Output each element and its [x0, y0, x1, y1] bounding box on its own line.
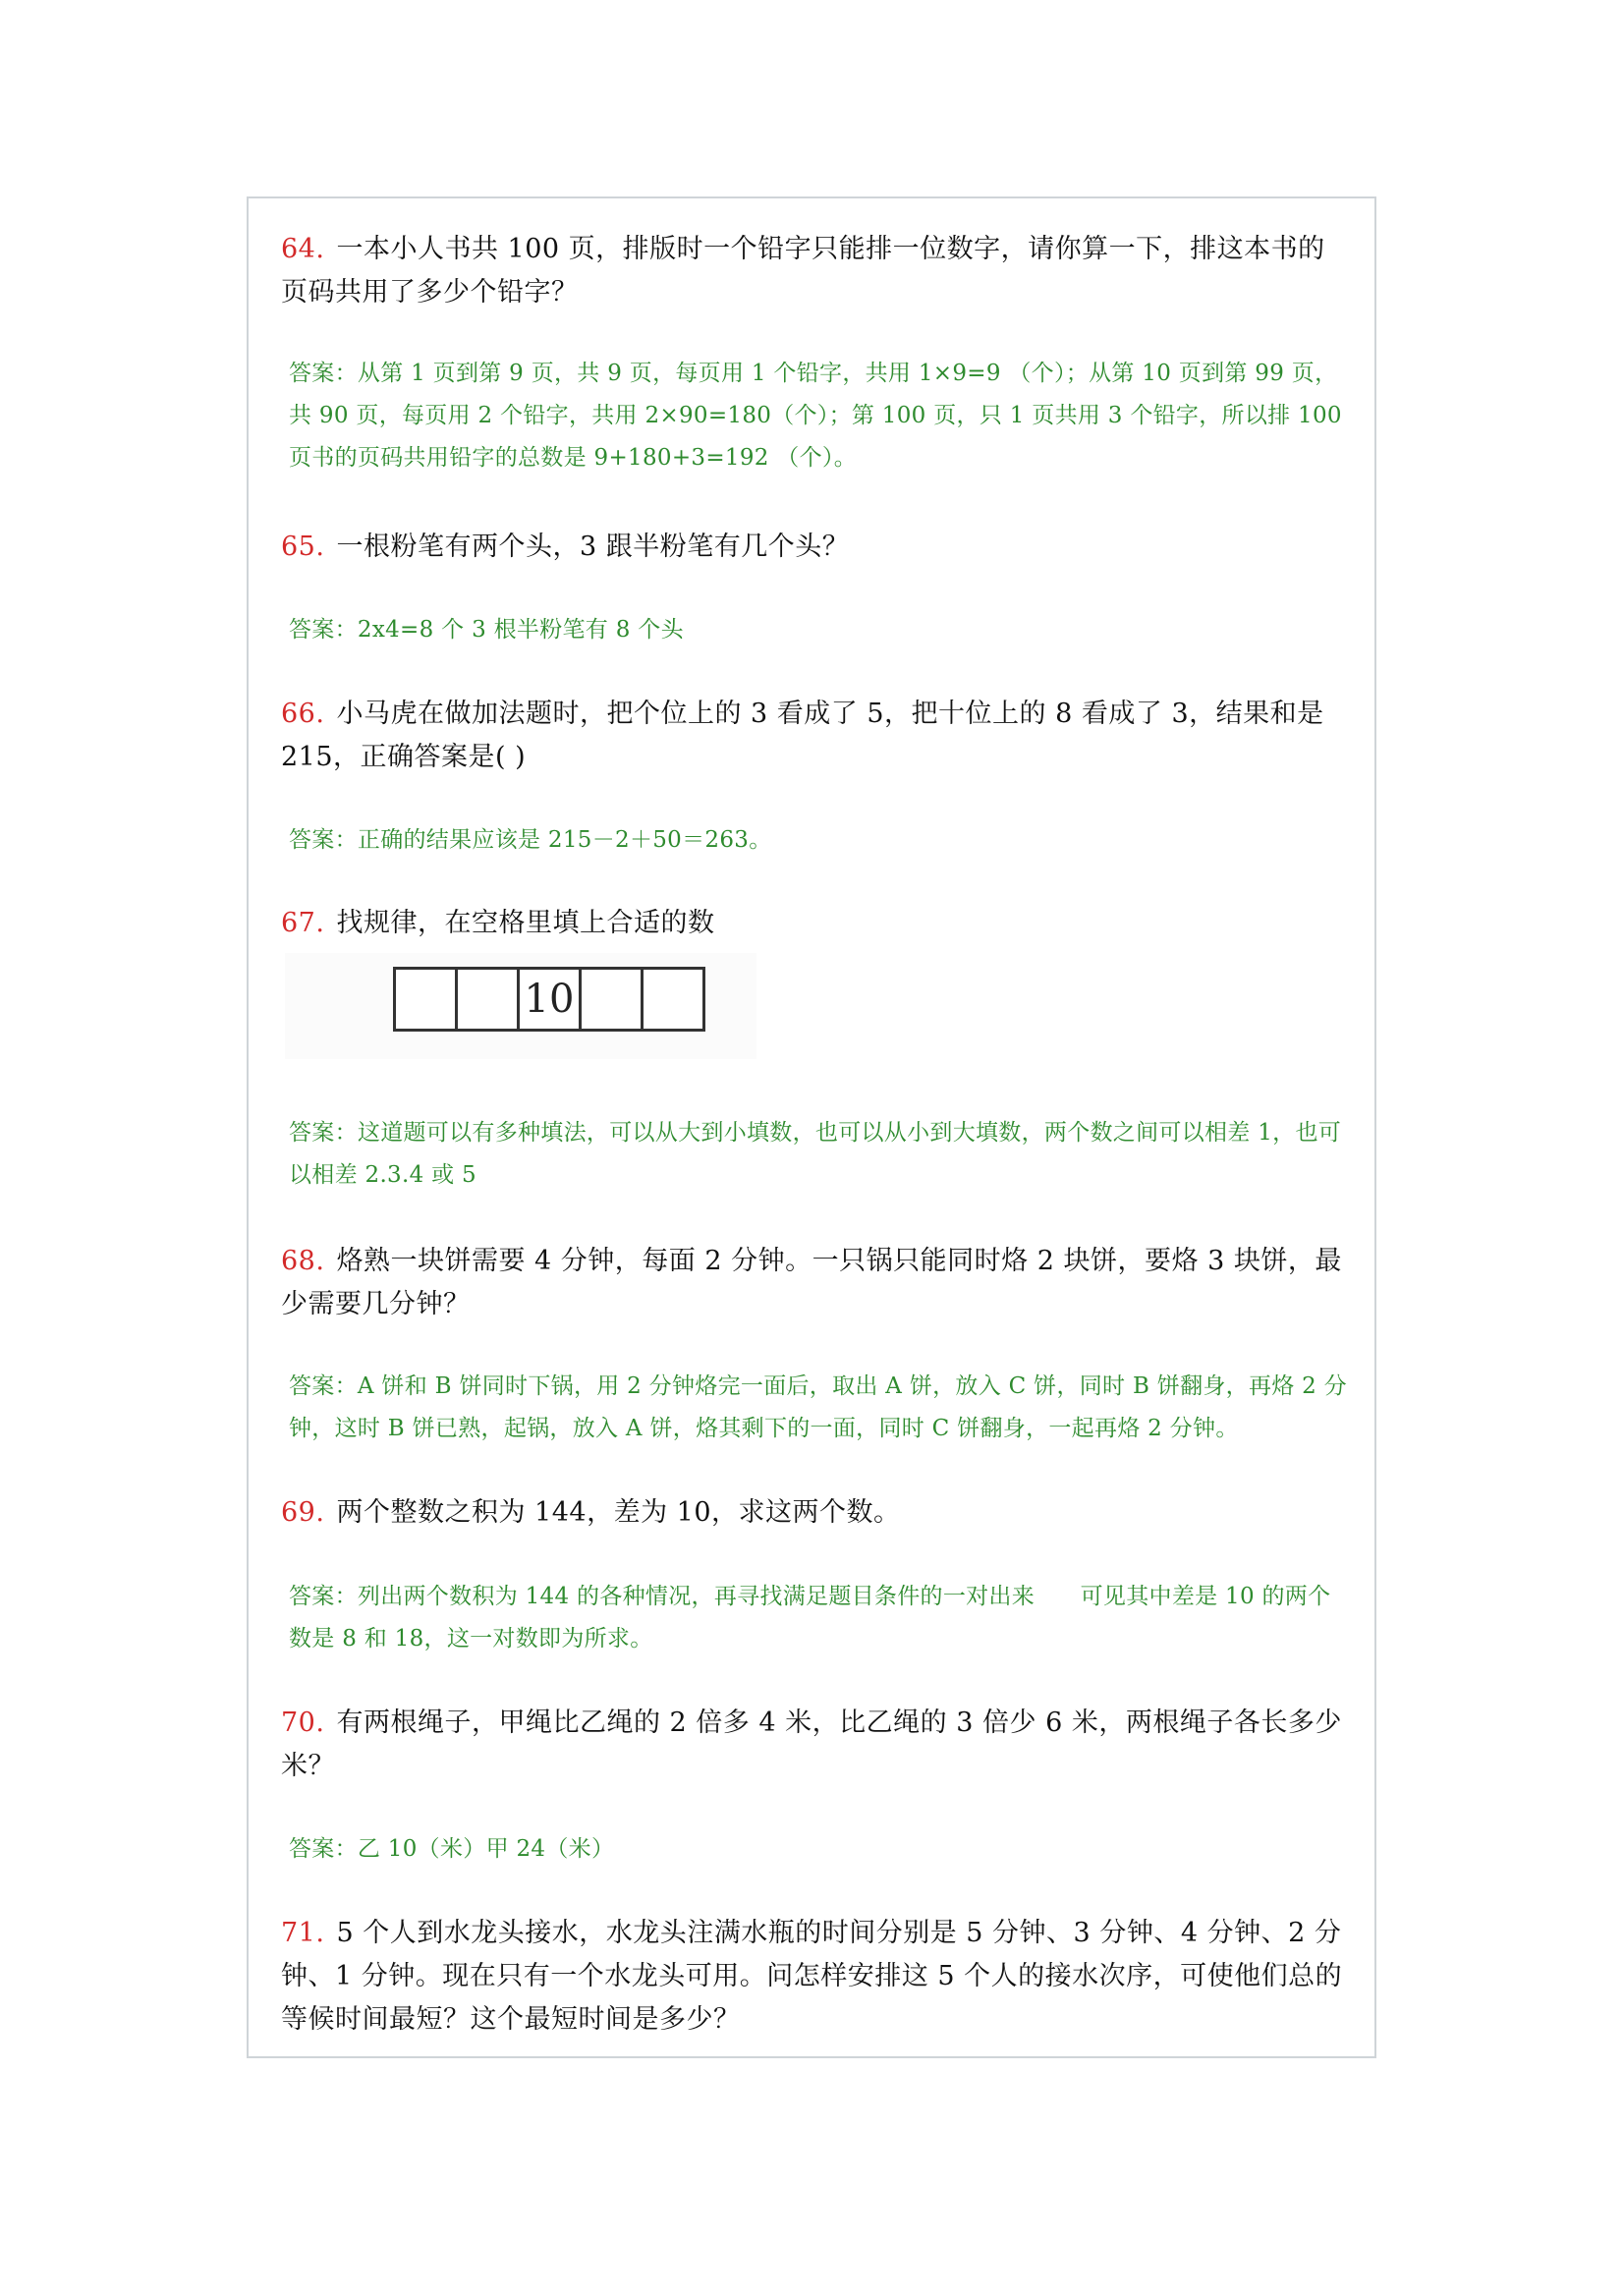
- question-69: 69.两个整数之积为 144，差为 10，求这两个数。: [281, 1491, 1352, 1535]
- question-text: 两个整数之积为 144，差为 10，求这两个数。: [336, 1497, 900, 1528]
- question-66: 66.小马虎在做加法题时，把个位上的 3 看成了 5，把十位上的 8 看成了 3…: [281, 693, 1352, 779]
- question-number: 69.: [281, 1497, 324, 1528]
- question-number: 66.: [281, 699, 324, 729]
- question-text: 小马虎在做加法题时，把个位上的 3 看成了 5，把十位上的 8 看成了 3，结果…: [281, 699, 1324, 772]
- question-text: 一本小人书共 100 页，排版时一个铅字只能排一位数字，请你算一下，排这本书的页…: [281, 234, 1325, 308]
- grid-cell: [582, 970, 644, 1029]
- number-grid: 10: [393, 967, 705, 1032]
- question-64: 64.一本小人书共 100 页，排版时一个铅字只能排一位数字，请你算一下，排这本…: [281, 228, 1352, 314]
- question-number: 71.: [281, 1918, 324, 1948]
- question-67: 67.找规律，在空格里填上合适的数: [281, 902, 1352, 945]
- document-frame: 64.一本小人书共 100 页，排版时一个铅字只能排一位数字，请你算一下，排这本…: [247, 196, 1376, 2058]
- question-text: 找规律，在空格里填上合适的数: [336, 908, 714, 938]
- grid-cell: [458, 970, 520, 1029]
- answer-65: 答案：2x4=8 个 3 根半粉笔有 8 个头: [289, 609, 1350, 651]
- number-grid-image: 10: [285, 953, 756, 1059]
- question-71: 71.5 个人到水龙头接水，水龙头注满水瓶的时间分别是 5 分钟、3 分钟、4 …: [281, 1912, 1352, 2042]
- answer-67: 答案：这道题可以有多种填法，可以从大到小填数，也可以从小到大填数，两个数之间可以…: [289, 1112, 1350, 1197]
- answer-64: 答案：从第 1 页到第 9 页，共 9 页，每页用 1 个铅字，共用 1×9=9…: [289, 353, 1350, 479]
- question-70: 70.有两根绳子，甲绳比乙绳的 2 倍多 4 米，比乙绳的 3 倍少 6 米，两…: [281, 1702, 1352, 1788]
- answer-69: 答案：列出两个数积为 144 的各种情况，再寻找满足题目条件的一对出来 可见其中…: [289, 1576, 1350, 1660]
- answer-70: 答案：乙 10（米）甲 24（米）: [289, 1828, 1350, 1871]
- grid-cell: [396, 970, 458, 1029]
- question-65: 65.一根粉笔有两个头，3 跟半粉笔有几个头？: [281, 526, 1352, 569]
- question-68: 68.烙熟一块饼需要 4 分钟，每面 2 分钟。一只锅只能同时烙 2 块饼，要烙…: [281, 1240, 1352, 1326]
- question-text: 烙熟一块饼需要 4 分钟，每面 2 分钟。一只锅只能同时烙 2 块饼，要烙 3 …: [281, 1246, 1342, 1319]
- question-number: 67.: [281, 908, 324, 938]
- grid-cell: 10: [520, 970, 582, 1029]
- question-number: 65.: [281, 532, 324, 562]
- answer-68: 答案：A 饼和 B 饼同时下锅，用 2 分钟烙完一面后，取出 A 饼，放入 C …: [289, 1366, 1350, 1450]
- question-text: 一根粉笔有两个头，3 跟半粉笔有几个头？: [336, 532, 849, 562]
- question-number: 70.: [281, 1708, 324, 1738]
- question-text: 5 个人到水龙头接水，水龙头注满水瓶的时间分别是 5 分钟、3 分钟、4 分钟、…: [281, 1918, 1342, 2035]
- question-number: 64.: [281, 234, 324, 264]
- question-text: 有两根绳子，甲绳比乙绳的 2 倍多 4 米，比乙绳的 3 倍少 6 米，两根绳子…: [281, 1708, 1342, 1781]
- answer-66: 答案：正确的结果应该是 215－2＋50＝263。: [289, 819, 1350, 862]
- grid-cell: [644, 970, 702, 1029]
- question-number: 68.: [281, 1246, 324, 1276]
